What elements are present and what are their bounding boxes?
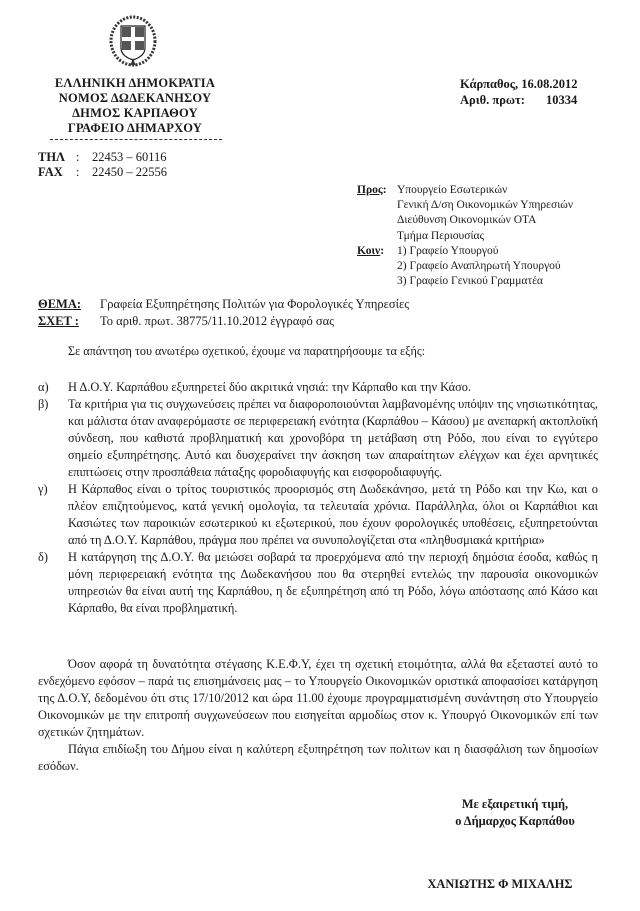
header-line: ΕΛΛΗΝΙΚΗ ΔΗΜΟΚΡΑΤΙΑ: [30, 76, 240, 91]
list-item: δ) Η κατάργηση της Δ.Ο.Υ. θα μειώσει σοβ…: [38, 549, 598, 617]
reference-text: Το αριθ. πρωτ. 38775/11.10.2012 έγγραφό …: [100, 313, 334, 330]
separator: :: [76, 165, 92, 180]
subject-label: ΘΕΜΑ:: [38, 296, 100, 313]
item-text: Η κατάργηση της Δ.Ο.Υ. θα μειώσει σοβαρά…: [68, 549, 598, 617]
body-paragraph: Πάγια επιδίωξη του Δήμου είναι η καλύτερ…: [38, 741, 598, 775]
recipient-line: Γενική Δ/ση Οικονομικών Υπηρεσιών: [397, 198, 573, 213]
list-item: γ) Η Κάρπαθος είναι ο τρίτος τουριστικός…: [38, 481, 598, 549]
reference-label: ΣΧΕΤ :: [38, 313, 100, 330]
issuer-header: ΕΛΛΗΝΙΚΗ ΔΗΜΟΚΡΑΤΙΑ ΝΟΜΟΣ ΔΩΔΕΚΑΝΗΣΟΥ ΔΗ…: [30, 76, 240, 136]
body-paragraph: Όσον αφορά τη δυνατότητα στέγασης Κ.Ε.Φ.…: [38, 656, 598, 741]
item-text: Η Κάρπαθος είναι ο τρίτος τουριστικός πρ…: [68, 481, 598, 549]
item-text: Η Δ.Ο.Υ. Καρπάθου εξυπηρετεί δύο ακριτικ…: [68, 379, 598, 396]
contact-info: ΤΗΛ : 22453 – 60116 FAX : 22450 – 22556: [38, 150, 167, 180]
recipient-line: Διεύθυνση Οικονομικών ΟΤΑ: [397, 213, 536, 228]
greek-coat-of-arms-icon: [108, 14, 158, 72]
separator: :: [383, 184, 387, 196]
signer-title: ο Δήμαρχος Καρπάθου: [440, 813, 590, 830]
fax-row: FAX : 22450 – 22556: [38, 165, 167, 180]
header-line: ΔΗΜΟΣ ΚΑΡΠΑΘΟΥ: [30, 106, 240, 121]
fax-value: 22450 – 22556: [92, 165, 167, 180]
date-block: Κάρπαθος, 16.08.2012 Αριθ. πρωτ: 10334: [460, 76, 578, 108]
cc-line: 1) Γραφείο Υπουργού: [397, 244, 498, 259]
salutation: Με εξαιρετική τιμή,: [440, 796, 590, 813]
list-item: α) Η Δ.Ο.Υ. Καρπάθου εξυπηρετεί δύο ακρι…: [38, 379, 598, 396]
header-divider: [50, 139, 222, 140]
list-item: β) Τα κριτήρια για τις συγχωνεύσεις πρέπ…: [38, 396, 598, 481]
fax-label: FAX: [38, 165, 76, 180]
phone-label: ΤΗΛ: [38, 150, 76, 165]
points-list: α) Η Δ.Ο.Υ. Καρπάθου εξυπηρετεί δύο ακρι…: [38, 379, 598, 617]
cc-label: Κοιν: [357, 245, 380, 257]
closing-block: Με εξαιρετική τιμή, ο Δήμαρχος Καρπάθου: [440, 796, 590, 830]
phone-row: ΤΗΛ : 22453 – 60116: [38, 150, 167, 165]
intro-sentence: Σε απάντηση του ανωτέρω σχετικού, έχουμε…: [68, 344, 425, 359]
item-marker: γ): [38, 481, 68, 549]
item-marker: δ): [38, 549, 68, 617]
item-marker: α): [38, 379, 68, 396]
separator: :: [380, 245, 384, 257]
cc-line: 3) Γραφείο Γενικού Γραμματέα: [397, 274, 543, 289]
protocol-label: Αριθ. πρωτ:: [460, 92, 546, 108]
protocol-number: 10334: [546, 92, 577, 108]
item-text: Τα κριτήρια για τις συγχωνεύσεις πρέπει …: [68, 396, 598, 481]
item-marker: β): [38, 396, 68, 481]
cc-line: 2) Γραφείο Αναπληρωτή Υπουργού: [397, 259, 561, 274]
signer-name: ΧΑΝΙΩΤΗΣ Φ ΜΙΧΑΛΗΣ: [410, 877, 590, 892]
to-label: Προς: [357, 184, 383, 196]
recipient-line: Τμήμα Περιουσίας: [397, 229, 484, 244]
subject-text: Γραφεία Εξυπηρέτησης Πολιτών για Φορολογ…: [100, 296, 409, 313]
recipient-line: Υπουργείο Εσωτερικών: [397, 183, 507, 198]
body-paragraphs: Όσον αφορά τη δυνατότητα στέγασης Κ.Ε.Φ.…: [38, 656, 598, 775]
separator: :: [76, 150, 92, 165]
header-line: ΝΟΜΟΣ ΔΩΔΕΚΑΝΗΣΟΥ: [30, 91, 240, 106]
recipients: Προς: Υπουργείο Εσωτερικών Γενική Δ/ση Ο…: [357, 183, 573, 289]
phone-value: 22453 – 60116: [92, 150, 167, 165]
place-date: Κάρπαθος, 16.08.2012: [460, 76, 578, 92]
subject-block: ΘΕΜΑ: Γραφεία Εξυπηρέτησης Πολιτών για Φ…: [38, 296, 409, 330]
header-line: ΓΡΑΦΕΙΟ ΔΗΜΑΡΧΟΥ: [30, 121, 240, 136]
